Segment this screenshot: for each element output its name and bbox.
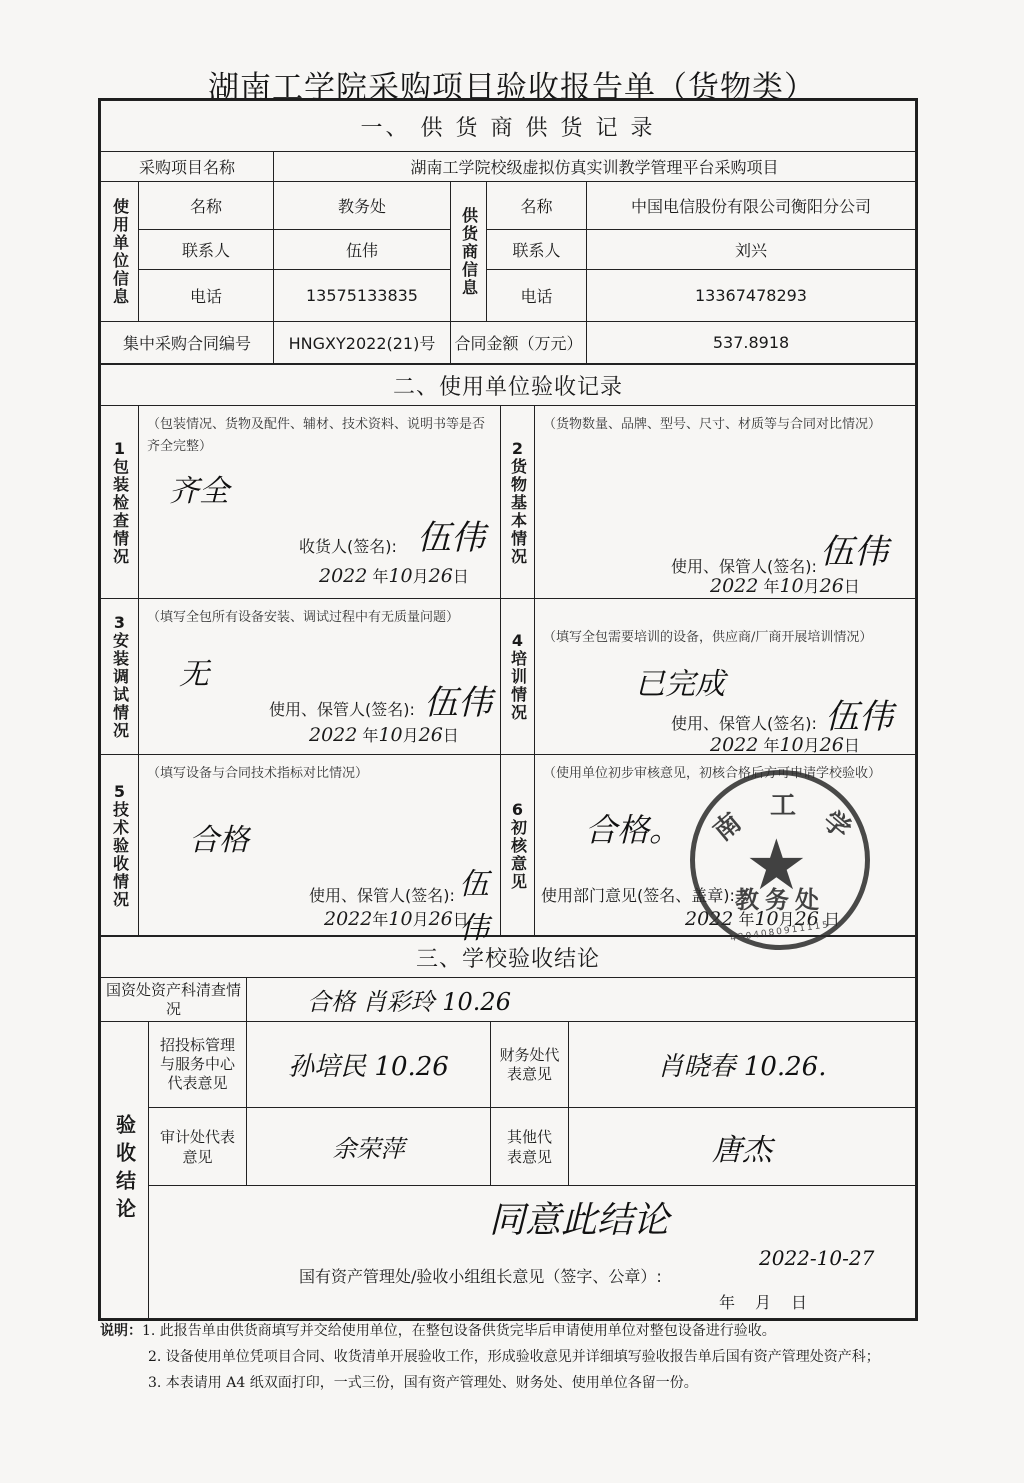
leader-signature: 2022-10-27 <box>759 1246 874 1270</box>
leader-label: 国有资产管理处/验收小组组长意见（签字、公章）: <box>299 1264 662 1287</box>
user-phone-value: 13575133835 <box>274 270 451 322</box>
item-2-cell: （货物数量、品牌、型号、尺寸、材质等与合同对比情况） 使用、保管人(签名): 伍… <box>535 406 916 599</box>
supplier-phone-label: 电话 <box>487 270 587 322</box>
leader-date: 年月日 <box>719 1290 827 1313</box>
other-label: 其他代表意见 <box>491 1108 569 1186</box>
item-6-handwritten: 合格。 <box>585 805 681 851</box>
item-3-signature: 伍伟 <box>424 675 492 724</box>
item-1-handwritten: 齐全 <box>169 466 229 510</box>
notes: 说明：1. 此报告单由供货商填写并交给使用单位，在整包设备供货完毕后申请使用单位… <box>100 1318 920 1396</box>
supplier-contact-value: 刘兴 <box>587 230 916 270</box>
user-contact-value: 伍伟 <box>274 230 451 270</box>
item-1-cell: （包装情况、货物及配件、辅材、技术资料、说明书等是否齐全完整） 齐全 收货人(签… <box>139 406 501 599</box>
audit-label: 审计处代表意见 <box>149 1108 247 1186</box>
section2-row-2: 3安装调试情况 （填写全包所有设备安装、调试过程中有无质量问题） 无 使用、保管… <box>101 599 916 755</box>
supplier-name-label: 名称 <box>487 182 587 230</box>
user-phone-label: 电话 <box>139 270 274 322</box>
item-6-label: 6初核意见 <box>501 755 535 936</box>
item-4-label: 4培训情况 <box>501 599 535 755</box>
asset-check-value: 合格 肖彩玲 10.26 <box>247 978 916 1022</box>
supplier-contact-label: 联系人 <box>487 230 587 270</box>
leader-cell: 同意此结论 国有资产管理处/验收小组组长意见（签字、公章）: 2022-10-2… <box>149 1186 916 1319</box>
item-2-signature: 伍伟 <box>820 524 888 573</box>
item-3-cell: （填写全包所有设备安装、调试过程中有无质量问题） 无 使用、保管人(签名): 伍… <box>139 599 501 755</box>
item-3-hint: （填写全包所有设备安装、调试过程中有无质量问题） <box>147 607 492 629</box>
item-6-hint: （使用单位初步审核意见，初核合格后方可申请学校验收） <box>543 763 907 785</box>
user-contact-label: 联系人 <box>139 230 274 270</box>
user-name-value: 教务处 <box>274 182 451 230</box>
contract-amount-label: 合同金额（万元） <box>451 322 587 364</box>
contract-no-label: 集中采购合同编号 <box>101 322 274 364</box>
supplier-group: 供货商信息 <box>451 182 487 322</box>
section2-row-1: 1包装检查情况 （包装情况、货物及配件、辅材、技术资料、说明书等是否齐全完整） … <box>101 406 916 599</box>
item-4-hint: （填写全包需要培训的设备，供应商/厂商开展培训情况） <box>543 627 907 649</box>
item-2-hint: （货物数量、品牌、型号、尺寸、材质等与合同对比情况） <box>543 414 907 436</box>
item-1-signature: 伍伟 <box>417 510 485 559</box>
item-6-date: 2022 年10月26 日 <box>685 907 840 930</box>
supplier-phone-value: 13367478293 <box>587 270 916 322</box>
item-3-sig-label: 使用、保管人(签名): <box>269 697 415 720</box>
asset-check-label: 国资处资产科清查情况 <box>101 978 247 1022</box>
section1-heading: 一、 供 货 商 供 货 记 录 <box>101 101 916 152</box>
item-5-cell: （填写设备与合同技术指标对比情况） 合格 使用、保管人(签名): 伍伟 2022… <box>139 755 501 936</box>
item-5-signature: 伍伟 <box>459 859 500 947</box>
audit-value: 余荣萍 <box>247 1108 491 1186</box>
project-name-label: 采购项目名称 <box>101 152 274 182</box>
other-value: 唐杰 <box>569 1108 916 1186</box>
section3-heading: 三、学校验收结论 <box>101 937 916 978</box>
bidding-value: 孙培民 10.26 <box>247 1022 491 1108</box>
item-5-date: 2022年10月26日 <box>324 907 469 930</box>
acceptance-form: 一、 供 货 商 供 货 记 录 采购项目名称 湖南工学院校级虚拟仿真实训教学管… <box>98 98 918 1321</box>
item-1-hint: （包装情况、货物及配件、辅材、技术资料、说明书等是否齐全完整） <box>147 414 492 458</box>
item-2-label: 2货物基本情况 <box>501 406 535 599</box>
item-2-date: 2022 年10月26日 <box>710 574 860 597</box>
item-5-hint: （填写设备与合同技术指标对比情况） <box>147 763 492 785</box>
item-3-handwritten: 无 <box>179 649 209 693</box>
conclusion-group: 验收结论 <box>101 1022 149 1319</box>
user-unit-group: 使用单位信息 <box>101 182 139 322</box>
section2-heading: 二、使用单位验收记录 <box>101 365 916 406</box>
item-5-label: 5技术验收情况 <box>101 755 139 936</box>
section2-table: 二、使用单位验收记录 1包装检查情况 （包装情况、货物及配件、辅材、技术资料、说… <box>100 364 916 936</box>
user-name-label: 名称 <box>139 182 274 230</box>
item-1-sig-label: 收货人(签名): <box>299 534 397 557</box>
item-3-date: 2022 年10月26日 <box>309 723 459 746</box>
item-1-date: 2022 年10月26日 <box>319 564 469 587</box>
item-5-sig-label: 使用、保管人(签名): <box>309 883 455 906</box>
item-4-date: 2022 年10月26日 <box>710 733 860 756</box>
item-6-cell: （使用单位初步审核意见，初核合格后方可申请学校验收） 合格。 使用部门意见(签名… <box>535 755 916 936</box>
section2-row-3: 5技术验收情况 （填写设备与合同技术指标对比情况） 合格 使用、保管人(签名):… <box>101 755 916 936</box>
item-4-sig-label: 使用、保管人(签名): <box>671 711 817 734</box>
finance-value: 肖晓春 10.26. <box>569 1022 916 1108</box>
section3-table: 三、学校验收结论 国资处资产科清查情况 合格 肖彩玲 10.26 验收结论 招投… <box>100 936 916 1319</box>
item-4-signature: 伍伟 <box>825 689 893 738</box>
item-4-cell: （填写全包需要培训的设备，供应商/厂商开展培训情况） 已完成 使用、保管人(签名… <box>535 599 916 755</box>
conclusion-handwritten: 同意此结论 <box>489 1192 669 1243</box>
section1-table: 一、 供 货 商 供 货 记 录 采购项目名称 湖南工学院校级虚拟仿真实训教学管… <box>100 100 916 364</box>
supplier-name-value: 中国电信股份有限公司衡阳分公司 <box>587 182 916 230</box>
finance-label: 财务处代表意见 <box>491 1022 569 1108</box>
item-6-sig-label: 使用部门意见(签名、盖章): <box>541 883 735 906</box>
item-4-handwritten: 已完成 <box>635 659 725 703</box>
item-5-handwritten: 合格 <box>189 815 249 859</box>
contract-no-value: HNGXY2022(21)号 <box>274 322 451 364</box>
item-1-label: 1包装检查情况 <box>101 406 139 599</box>
bidding-label: 招投标管理与服务中心代表意见 <box>149 1022 247 1108</box>
project-name-value: 湖南工学院校级虚拟仿真实训教学管理平台采购项目 <box>274 152 916 182</box>
item-3-label: 3安装调试情况 <box>101 599 139 755</box>
contract-amount-value: 537.8918 <box>587 322 916 364</box>
